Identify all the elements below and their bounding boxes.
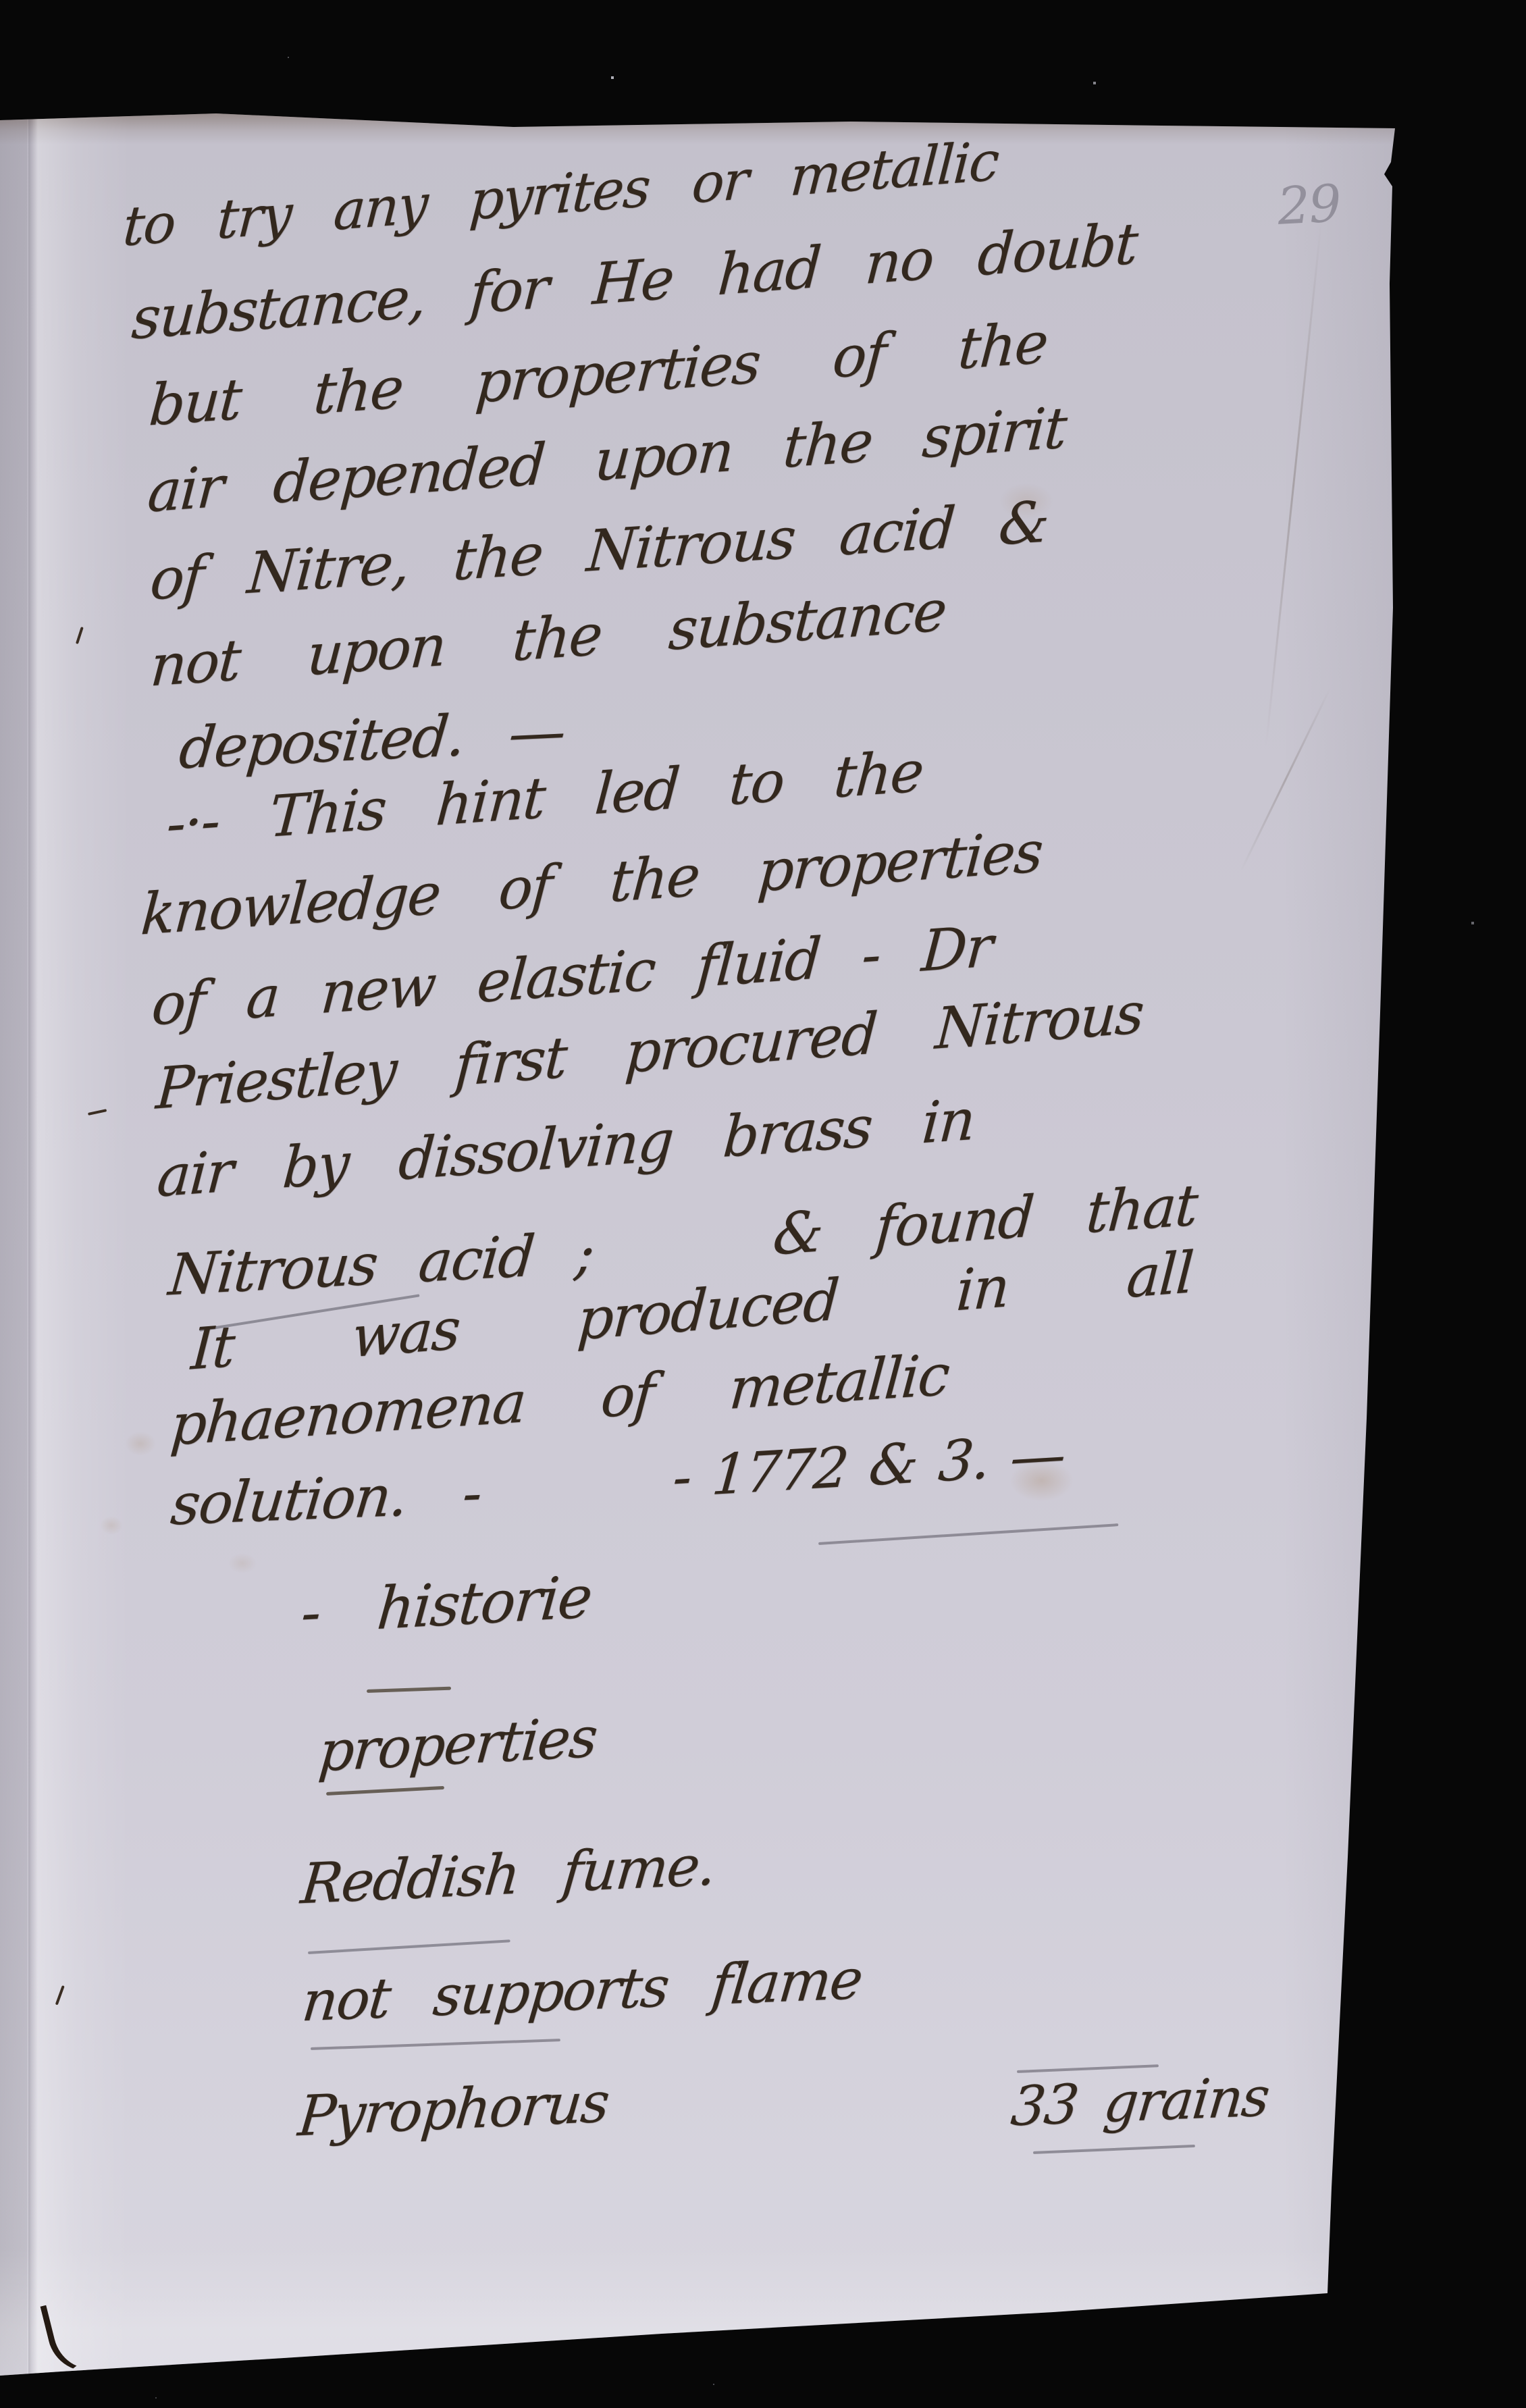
manuscript-page: 29 to try any pyrites or metallic substa… [0,0,1526,2408]
photograph-backdrop: 29 to try any pyrites or metallic substa… [0,0,1526,2408]
page-top-edge-shadow [0,113,1526,145]
manuscript-line: solution. - [168,1464,483,1533]
manuscript-line: deposited. — [177,702,567,777]
pencil-underline [308,1939,510,1954]
foxing-stain [228,1553,257,1573]
paper-crease-line [1265,223,1322,747]
manuscript-annotation: 33 grains [1009,2070,1271,2134]
foxing-stain [100,1516,123,1535]
page-bottom-edge-highlight [0,2249,1526,2384]
manuscript-line: - 1772 & 3. — [670,1428,1066,1507]
pencil-underline [311,2039,560,2050]
page-number: 29 [1276,178,1342,232]
manuscript-list-item: Pyrophorus [296,2075,610,2145]
manuscript-list-item: properties [317,1710,599,1780]
manuscript-list-item: - historie [299,1568,594,1643]
binding-crease [28,0,130,2408]
dust-specks [0,0,1,1]
pencil-underline [818,1523,1118,1545]
ink-dash-separator [367,1687,451,1693]
ink-underline [326,1786,444,1796]
manuscript-list-item: not supports flame [300,1952,864,2031]
manuscript-list-item: Reddish fume. [298,1838,717,1912]
paper-crease-line [1240,688,1331,871]
pencil-underline [1033,2145,1195,2154]
foxing-stain [125,1432,156,1456]
